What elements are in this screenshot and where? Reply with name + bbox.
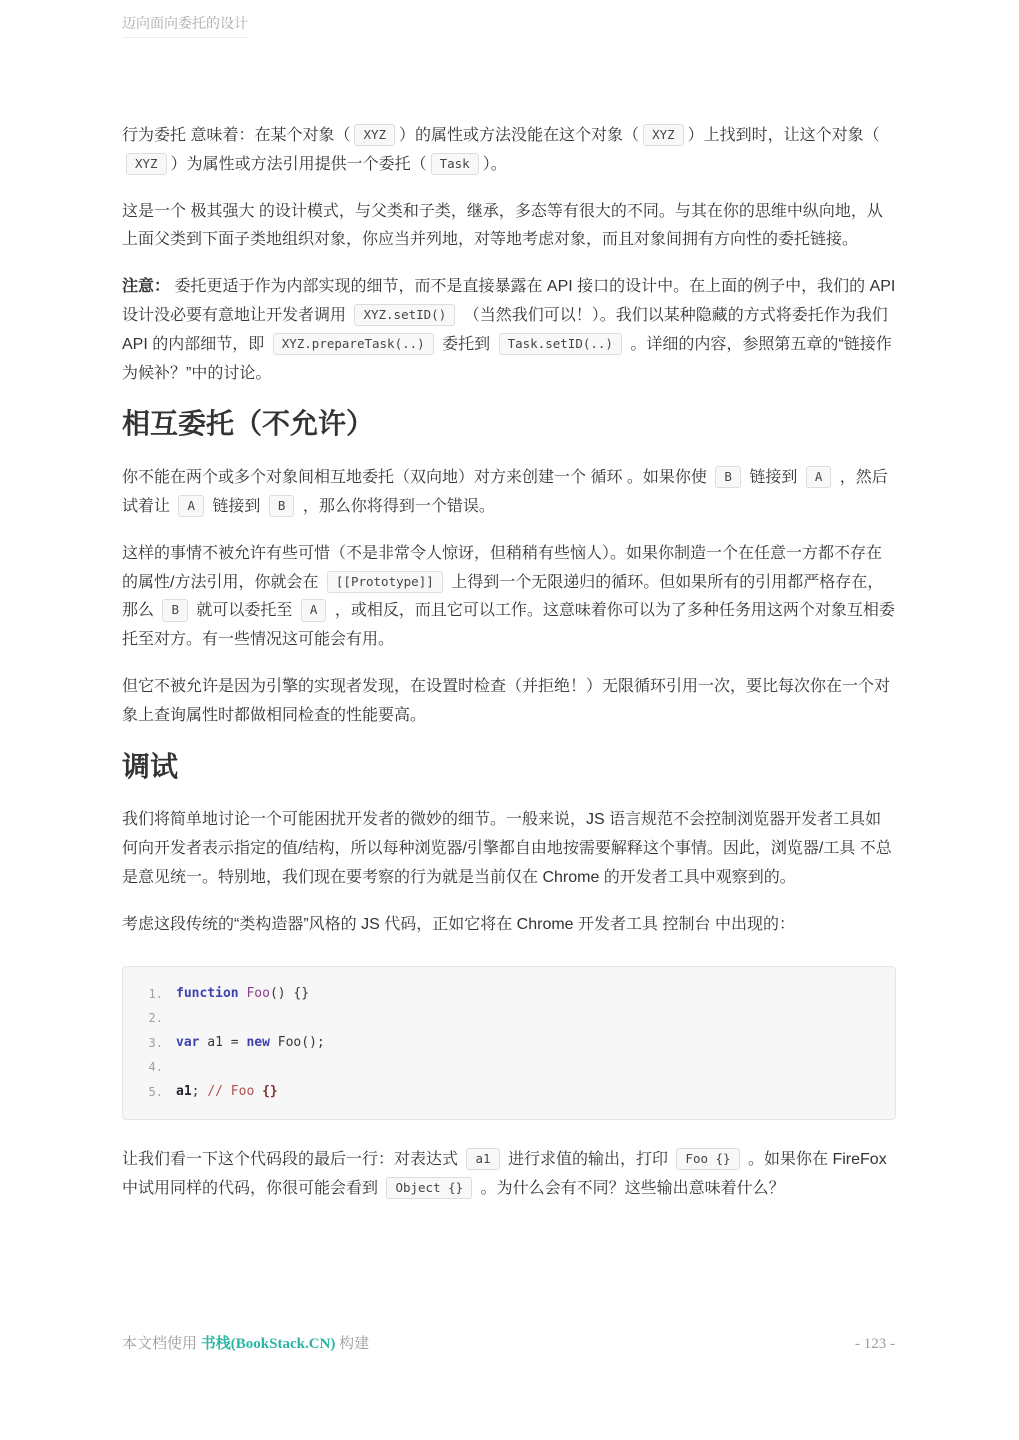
inline-code: Object {} (386, 1177, 472, 1199)
code-line: 2. (139, 1006, 879, 1031)
line-number: 1. (139, 982, 163, 1007)
section-heading: 调试 (122, 749, 896, 785)
code-line: 3.var a1 = new Foo(); (139, 1031, 879, 1056)
text-run: 我们将简单地讨论一个可能困扰开发者的微妙的细节。一般来说，JS 语言规范不会控制… (122, 811, 881, 857)
bold-text: 注意： (122, 278, 170, 295)
line-number: 2. (139, 1006, 163, 1031)
footer-credit-suffix: 构建 (335, 1336, 369, 1352)
paragraph: 这样的事情不被允许有些可惜（不是非常令人惊讶，但稍稍有些恼人）。如果你制造一个在… (122, 540, 896, 655)
inline-code: B (162, 599, 188, 621)
paragraph: 注意： 委托更适于作为内部实现的细节，而不是直接暴露在 API 接口的设计中。在… (122, 273, 896, 388)
text-run: ，那么你将得到一个错误。 (298, 498, 494, 515)
paragraph: 但它不被允许是因为引擎的实现者发现，在设置时检查（并拒绝！）无限循环引用一次，要… (122, 673, 896, 731)
code-line: 4. (139, 1055, 879, 1080)
text-run: 。为什么会有不同？这些输出意味着什么？ (476, 1180, 784, 1197)
text-run: 中出现的： (711, 916, 795, 933)
emphasis-text: 循环 (590, 469, 622, 486)
code-token: {} (262, 1084, 278, 1099)
code-token: a1 (176, 1084, 192, 1099)
inline-code: A (178, 495, 204, 517)
code-text: a1; // Foo {} (176, 1080, 278, 1105)
paragraph: 考虑这段传统的“类构造器”风格的 JS 代码，正如它将在 Chrome 开发者工… (122, 911, 896, 940)
line-number: 3. (139, 1031, 163, 1056)
code-token: function (176, 986, 239, 1001)
code-token: // Foo (207, 1084, 262, 1099)
paragraph: 让我们看一下这个代码段的最后一行：对表达式 a1 进行求值的输出，打印 Foo … (122, 1146, 896, 1204)
text-run: 。如果你使 (622, 469, 711, 486)
text-run: 意味着：在某个对象（ (186, 127, 350, 144)
code-block: 1.function Foo() {}2.3.var a1 = new Foo(… (122, 966, 896, 1121)
inline-code: XYZ.prepareTask(..) (273, 333, 434, 355)
bookstack-brand-link[interactable]: 书栈(BookStack.CN) (201, 1336, 336, 1352)
inline-code: B (715, 466, 741, 488)
text-run: 考虑这段传统的“类构造器”风格的 JS 代码，正如它将在 Chrome (122, 916, 578, 933)
article: 行为委托 意味着：在某个对象（XYZ）的属性或方法没能在这个对象（XYZ）上找到… (122, 122, 896, 1222)
text-run: ）上找到时，让这个对象（ (688, 127, 880, 144)
line-number: 5. (139, 1080, 163, 1105)
page-footer: 本文档使用 书栈(BookStack.CN) 构建 - 123 - (122, 1332, 895, 1353)
chapter-title: 迈向面向委托的设计 (122, 13, 248, 38)
emphasis-text: 行为委托 (122, 127, 186, 144)
inline-code: [[Prototype]] (327, 571, 443, 593)
text-run: 链接到 (745, 469, 802, 486)
paragraph: 你不能在两个或多个对象间相互地委托（双向地）对方来创建一个 循环 。如果你使 B… (122, 464, 896, 522)
paragraph: 我们将简单地讨论一个可能困扰开发者的微妙的细节。一般来说，JS 语言规范不会控制… (122, 806, 896, 892)
inline-code: A (806, 466, 832, 488)
document-page: 迈向面向委托的设计 行为委托 意味着：在某个对象（XYZ）的属性或方法没能在这个… (0, 0, 1019, 1440)
page-number: - 123 - (855, 1336, 895, 1353)
paragraph: 这是一个 极其强大 的设计模式，与父类和子类，继承，多态等有很大的不同。与其在你… (122, 198, 896, 256)
code-token: var (176, 1035, 199, 1050)
code-line: 1.function Foo() {} (139, 982, 879, 1007)
code-text: function Foo() {} (176, 982, 309, 1007)
text-run: 你不能在两个或多个对象间相互地委托（双向地）对方来创建一个 (122, 469, 590, 486)
footer-credit: 本文档使用 书栈(BookStack.CN) 构建 (122, 1332, 369, 1353)
inline-code: XYZ (643, 124, 684, 146)
text-run: 进行求值的输出，打印 (504, 1151, 673, 1168)
inline-code: XYZ (354, 124, 395, 146)
inline-code: Task (431, 153, 479, 175)
text-run: 就可以委托至 (192, 602, 297, 619)
code-text: var a1 = new Foo(); (176, 1031, 325, 1056)
inline-code: B (269, 495, 295, 517)
code-token: ; (192, 1084, 208, 1099)
inline-code: A (301, 599, 327, 621)
text-run: 但它不被允许是因为引擎的实现者发现，在设置时检查（并拒绝！）无限循环引用一次，要… (122, 678, 890, 724)
emphasis-text: 开发者工具 (578, 916, 658, 933)
inline-code: XYZ.setID() (354, 304, 455, 326)
inline-code: Foo {} (676, 1148, 739, 1170)
emphasis-text: 控制台 (663, 916, 711, 933)
emphasis-text: 极其强大 (190, 203, 254, 220)
section-heading: 相互委托（不允许） (122, 406, 896, 442)
code-line: 5.a1; // Foo {} (139, 1080, 879, 1105)
text-run: ）的属性或方法没能在这个对象（ (399, 127, 639, 144)
inline-code: Task.setID(..) (499, 333, 622, 355)
text-run: 让我们看一下这个代码段的最后一行：对表达式 (122, 1151, 462, 1168)
code-token: Foo (246, 986, 269, 1001)
code-token: Foo(); (270, 1035, 325, 1050)
emphasis-text: 浏览器/工具 (771, 840, 855, 857)
text-run: 委托到 (438, 336, 495, 353)
code-token: new (246, 1035, 269, 1050)
running-header: 迈向面向委托的设计 (122, 13, 895, 38)
inline-code: a1 (466, 1148, 499, 1170)
code-token: a1 = (199, 1035, 246, 1050)
inline-code: XYZ (126, 153, 167, 175)
paragraph: 行为委托 意味着：在某个对象（XYZ）的属性或方法没能在这个对象（XYZ）上找到… (122, 122, 896, 180)
text-run: ）为属性或方法引用提供一个委托（ (171, 156, 427, 173)
footer-credit-prefix: 本文档使用 (122, 1336, 201, 1352)
text-run: ）。 (483, 156, 507, 173)
line-number: 4. (139, 1055, 163, 1080)
code-token: () {} (270, 986, 309, 1001)
text-run: 链接到 (208, 498, 265, 515)
text-run: 这是一个 (122, 203, 190, 220)
